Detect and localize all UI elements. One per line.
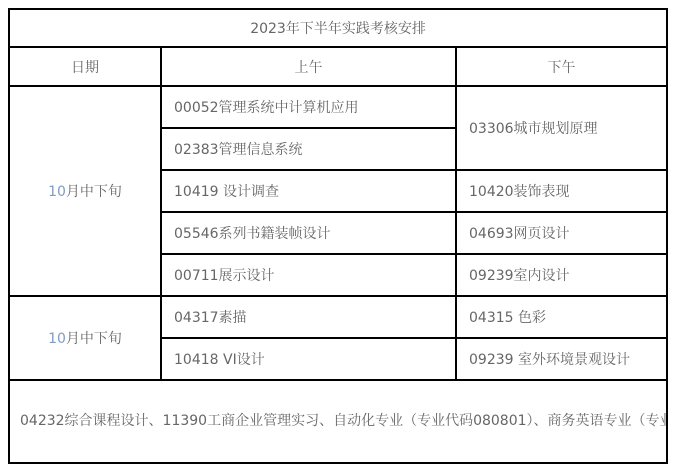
am-subject-cell: 02383管理信息系统 — [161, 128, 456, 170]
date-cell-group2: 10月中下旬 — [9, 296, 161, 380]
pm-subject-cell: 09239 室外环境景观设计 — [456, 338, 667, 380]
am-subject-cell: 05546系列书籍装帧设计 — [161, 212, 456, 254]
pm-subject-cell: 10420装饰表现 — [456, 170, 667, 212]
pm-subject-cell: 04315 色彩 — [456, 296, 667, 338]
date-cell-group1: 10月中下旬 — [9, 86, 161, 296]
pm-subject-cell: 03306城市规划原理 — [456, 86, 667, 170]
am-subject-cell: 04317素描 — [161, 296, 456, 338]
column-header-date: 日期 — [9, 47, 161, 86]
table-row: 10月中下旬 04317素描 04315 色彩 — [9, 296, 667, 338]
am-subject-cell: 00052管理系统中计算机应用 — [161, 86, 456, 128]
pm-subject-cell: 09239室内设计 — [456, 254, 667, 296]
date-period-text: 月中下旬 — [66, 331, 122, 347]
pm-subject-cell: 04693网页设计 — [456, 212, 667, 254]
note-row: 04232综合课程设计、11390工商企业管理实习、自动化专业（专业代码0808… — [9, 380, 667, 463]
am-subject-cell: 10419 设计调查 — [161, 170, 456, 212]
table-row: 10月中下旬 00052管理系统中计算机应用 03306城市规划原理 — [9, 86, 667, 128]
am-subject-cell: 00711展示设计 — [161, 254, 456, 296]
date-period-text: 月中下旬 — [66, 184, 122, 200]
schedule-table: 2023年下半年实践考核安排 日期 上午 下午 10月中下旬 00052管理系统… — [8, 8, 668, 464]
column-header-pm: 下午 — [456, 47, 667, 86]
date-month-number: 10 — [48, 331, 66, 347]
column-header-am: 上午 — [161, 47, 456, 86]
table-title: 2023年下半年实践考核安排 — [9, 9, 667, 47]
am-subject-cell: 10418 VI设计 — [161, 338, 456, 380]
page: 2023年下半年实践考核安排 日期 上午 下午 10月中下旬 00052管理系统… — [0, 0, 674, 471]
date-month-number: 10 — [48, 184, 66, 200]
header-row: 日期 上午 下午 — [9, 47, 667, 86]
title-row: 2023年下半年实践考核安排 — [9, 9, 667, 47]
note-text: 04232综合课程设计、11390工商企业管理实习、自动化专业（专业代码0808… — [9, 380, 667, 463]
